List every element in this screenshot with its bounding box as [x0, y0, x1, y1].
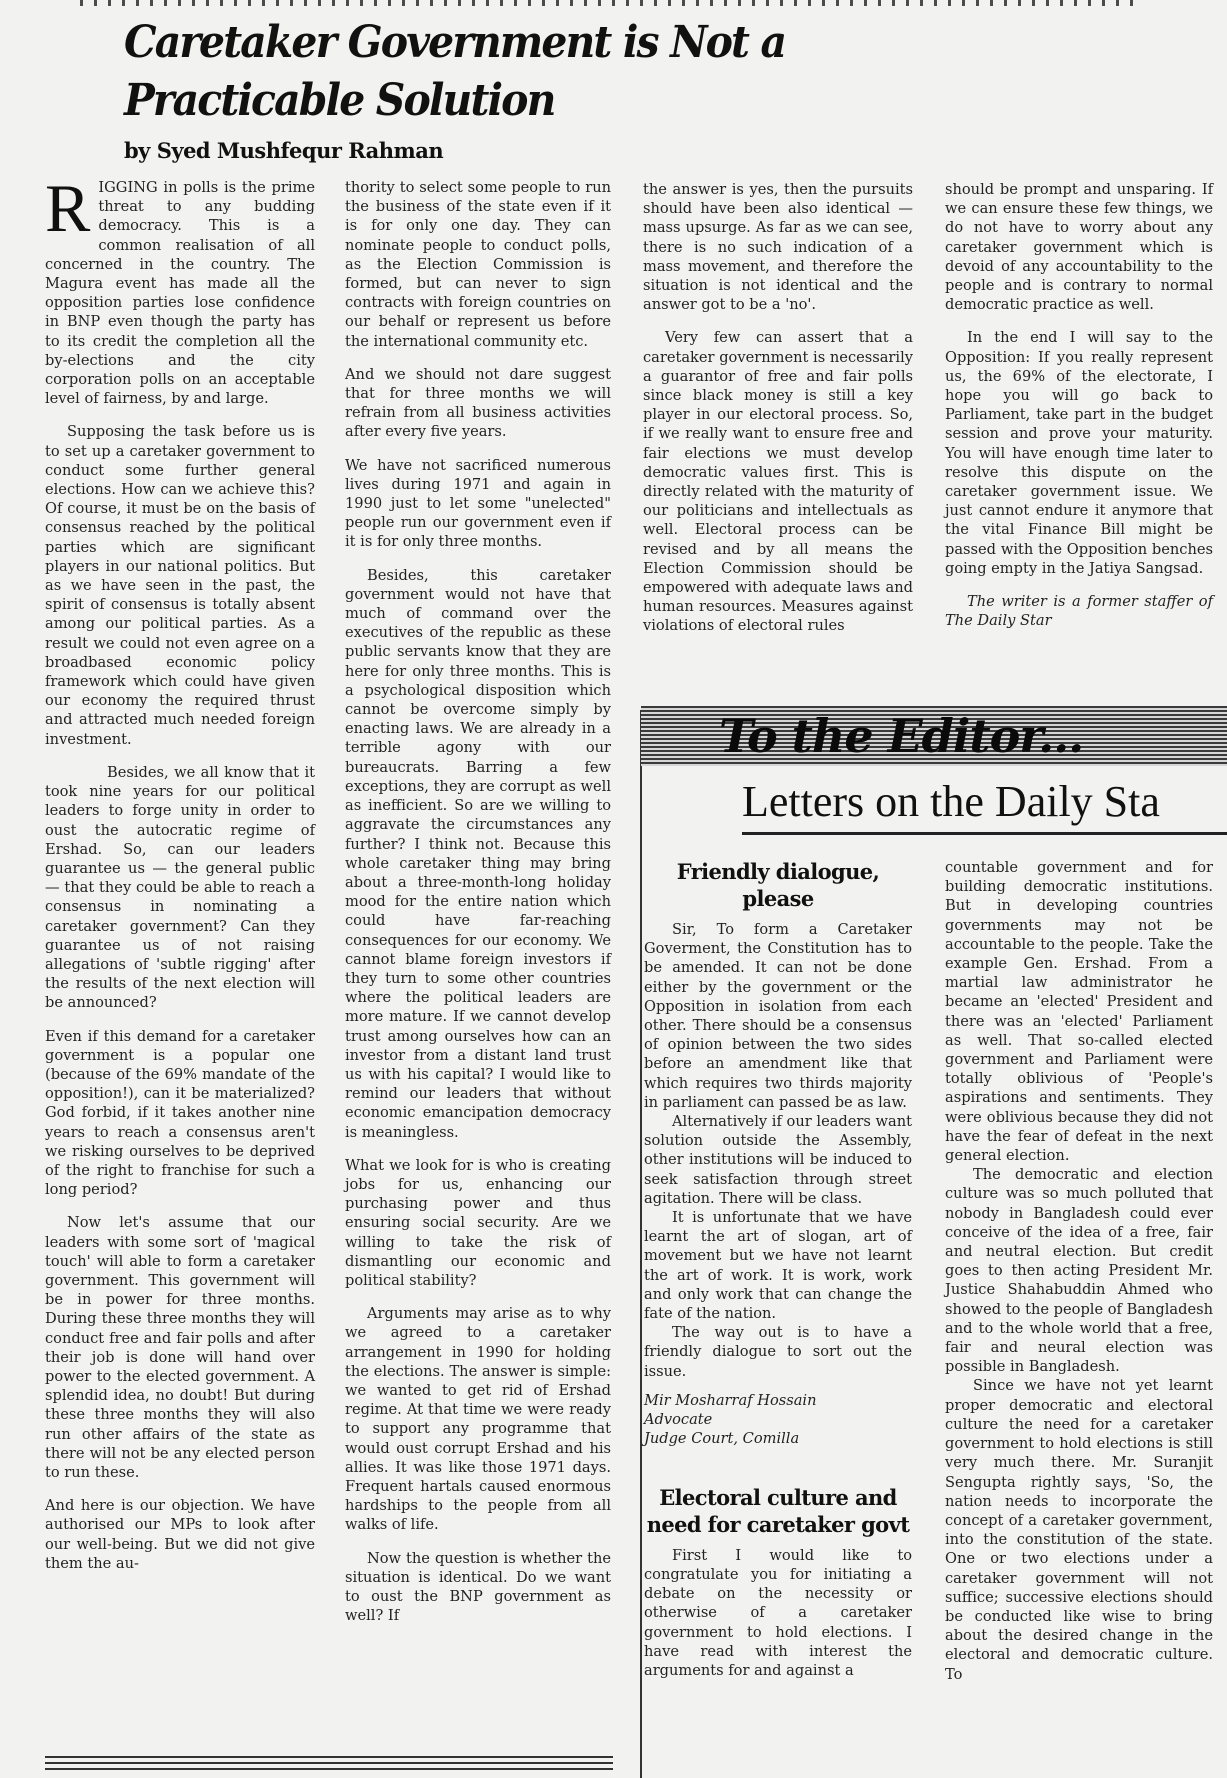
article-paragraph: In the end I will say to the Opposition:…	[945, 328, 1213, 578]
to-the-editor-banner: To the Editor...	[641, 706, 1227, 766]
letter-paragraph: countable government and for building de…	[945, 858, 1213, 1165]
letters-column-1: Friendly dialogue, please Sir, To form a…	[644, 858, 912, 1680]
writer-note: The writer is a former staffer of The Da…	[945, 592, 1213, 630]
article-headline: Caretaker Government is Not a Practicabl…	[124, 14, 961, 130]
article-paragraph: Now let's assume that our leaders with s…	[45, 1213, 315, 1482]
top-dotted-rule	[80, 0, 1140, 6]
article-paragraph: And here is our objection. We have autho…	[45, 1496, 315, 1573]
letter-paragraph: First I would like to congratulate you f…	[644, 1546, 912, 1680]
article-paragraph: Now the question is whether the situatio…	[345, 1549, 611, 1626]
article-byline: by Syed Mushfequr Rahman	[124, 138, 443, 163]
article-paragraph: What we look for is who is creating jobs…	[345, 1156, 611, 1290]
letters-title: Letters on the Daily Sta	[742, 774, 1160, 830]
article-column-4: should be prompt and unsparing. If we ca…	[945, 180, 1213, 644]
signature-name: Mir Mosharraf Hossain	[644, 1391, 912, 1410]
letter-paragraph: Alternatively if our leaders want soluti…	[644, 1112, 912, 1208]
article-paragraph: thority to select some people to run the…	[345, 178, 611, 351]
section-divider	[640, 710, 642, 1778]
article-paragraph: should be prompt and unsparing. If we ca…	[945, 180, 1213, 314]
article-paragraph: RIGGING in polls is the prime threat to …	[45, 178, 315, 408]
signature-location: Judge Court, Comilla	[644, 1429, 912, 1448]
article-paragraph: And we should not dare suggest that for …	[345, 365, 611, 442]
headline-line-2: Practicable Solution	[124, 72, 961, 130]
article-paragraph: Supposing the task before us is to set u…	[45, 422, 315, 748]
letter-paragraph: The democratic and election culture was …	[945, 1165, 1213, 1376]
article-paragraph: Very few can assert that a caretaker gov…	[643, 328, 913, 635]
article-column-2: thority to select some people to run the…	[345, 178, 611, 1639]
article-paragraph: Arguments may arise as to why we agreed …	[345, 1304, 611, 1534]
article-paragraph: the answer is yes, then the pursuits sho…	[643, 180, 913, 314]
letter-paragraph: Since we have not yet learnt proper demo…	[945, 1376, 1213, 1683]
newspaper-page: Caretaker Government is Not a Practicabl…	[0, 0, 1227, 1778]
letter-paragraph: It is unfortunate that we have learnt th…	[644, 1208, 912, 1323]
bottom-rules	[45, 1756, 613, 1772]
letter-heading: Electoral culture and need for caretaker…	[644, 1484, 912, 1538]
letter-paragraph: The way out is to have a friendly dialog…	[644, 1323, 912, 1381]
banner-title: To the Editor...	[719, 708, 1083, 764]
article-column-3: the answer is yes, then the pursuits sho…	[643, 180, 913, 650]
article-column-1: RIGGING in polls is the prime threat to …	[45, 178, 315, 1587]
article-paragraph: Besides, we all know that it took nine y…	[45, 763, 315, 1013]
letter-paragraph: Sir, To form a Caretaker Goverment, the …	[644, 920, 912, 1112]
letter-heading: Friendly dialogue, please	[644, 858, 912, 912]
letters-column-2: countable government and for building de…	[945, 858, 1213, 1684]
article-paragraph: Even if this demand for a caretaker gove…	[45, 1027, 315, 1200]
article-paragraph: Besides, this caretaker government would…	[345, 566, 611, 1142]
headline-line-1: Caretaker Government is Not a	[124, 14, 961, 72]
signature-title: Advocate	[644, 1410, 912, 1429]
letters-title-underline	[742, 832, 1227, 835]
drop-cap: R	[45, 180, 90, 236]
letter-signature: Mir Mosharraf Hossain Advocate Judge Cou…	[644, 1391, 912, 1448]
article-paragraph: We have not sacrificed numerous lives du…	[345, 456, 611, 552]
